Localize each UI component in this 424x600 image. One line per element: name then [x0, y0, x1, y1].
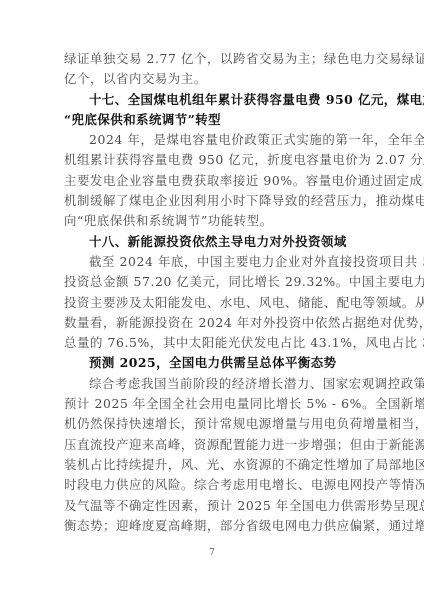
section-heading-18: 十八、新能源投资依然主导电力对外投资领域: [64, 232, 362, 252]
section-heading-17-cont: “兜底保供和系统调节”转型: [64, 110, 362, 130]
forecast-heading: 预测 2025，全国电力供需呈总体平衡态势: [64, 353, 362, 373]
body-line: 投资总金额 57.20 亿美元，同比增长 29.32%。中国主要电力企业对外: [64, 272, 362, 292]
body-line: 2024 年，是煤电容量电价政策正式实施的第一年，全年全国煤电: [64, 130, 362, 150]
document-page: 绿证单独交易 2.77 亿个，以跨省交易为主；绿色电力交易绿证 1.69 亿个，…: [0, 0, 424, 600]
text-column: 绿证单独交易 2.77 亿个，以跨省交易为主；绿色电力交易绿证 1.69 亿个，…: [64, 49, 362, 536]
body-line: 主要发电企业容量电费获取率接近 90%。容量电价通过固定成本回收: [64, 171, 362, 191]
body-line: 投资主要涉及太阳能发电、水电、风电、储能、配电等领域。从项目: [64, 293, 362, 313]
body-line: 总量的 76.5%，其中太阳能光伏发电占比 43.1%，风电占比 33.3%。: [64, 333, 362, 353]
body-line: 压直流投产迎来高峰，资源配置能力进一步增强；但由于新能源发电: [64, 435, 362, 455]
body-line: 截至 2024 年底，中国主要电力企业对外直接投资项目共 51 个，: [64, 252, 362, 272]
body-line: 绿证单独交易 2.77 亿个，以跨省交易为主；绿色电力交易绿证 1.69: [64, 49, 362, 69]
section-heading-17: 十七、全国煤电机组年累计获得容量电费 950 亿元，煤电加快向: [64, 90, 362, 110]
body-line: 预计 2025 年全国全社会用电量同比增长 5% - 6%。全国新增电源装: [64, 394, 362, 414]
body-line: 时段电力供应的风险。综合考虑用电增长、电源电网投产等情况，以: [64, 475, 362, 495]
body-line: 及气温等不确定性因素，预计 2025 年全国电力供需形势呈现总体平: [64, 496, 362, 516]
page-number: 7: [0, 548, 424, 558]
body-line: 机组累计获得容量电费 950 亿元，折度电容量电价为 2.07 分/千瓦时，: [64, 150, 362, 170]
body-line: 衡态势；迎峰度夏高峰期，部分省级电网电力供应偏紧，通过增购外: [64, 516, 362, 536]
body-line: 机仍然保持快速增长，预计常规电源增量与用电负荷增量相当，特高: [64, 414, 362, 434]
body-line: 向“兜底保供和系统调节”功能转型。: [64, 211, 362, 231]
body-line: 机制缓解了煤电企业因利用小时下降导致的经营压力，推动煤电机组: [64, 191, 362, 211]
body-line: 装机占比持续提升，风、光、水资源的不确定性增加了局部地区部分: [64, 455, 362, 475]
body-line: 综合考虑我国当前阶段的经济增长潜力、国家宏观调控政策措施，: [64, 374, 362, 394]
body-line: 数量看，新能源投资在 2024 年对外投资中依然占据绝对优势，约占: [64, 313, 362, 333]
body-line: 亿个，以省内交易为主。: [64, 69, 362, 89]
